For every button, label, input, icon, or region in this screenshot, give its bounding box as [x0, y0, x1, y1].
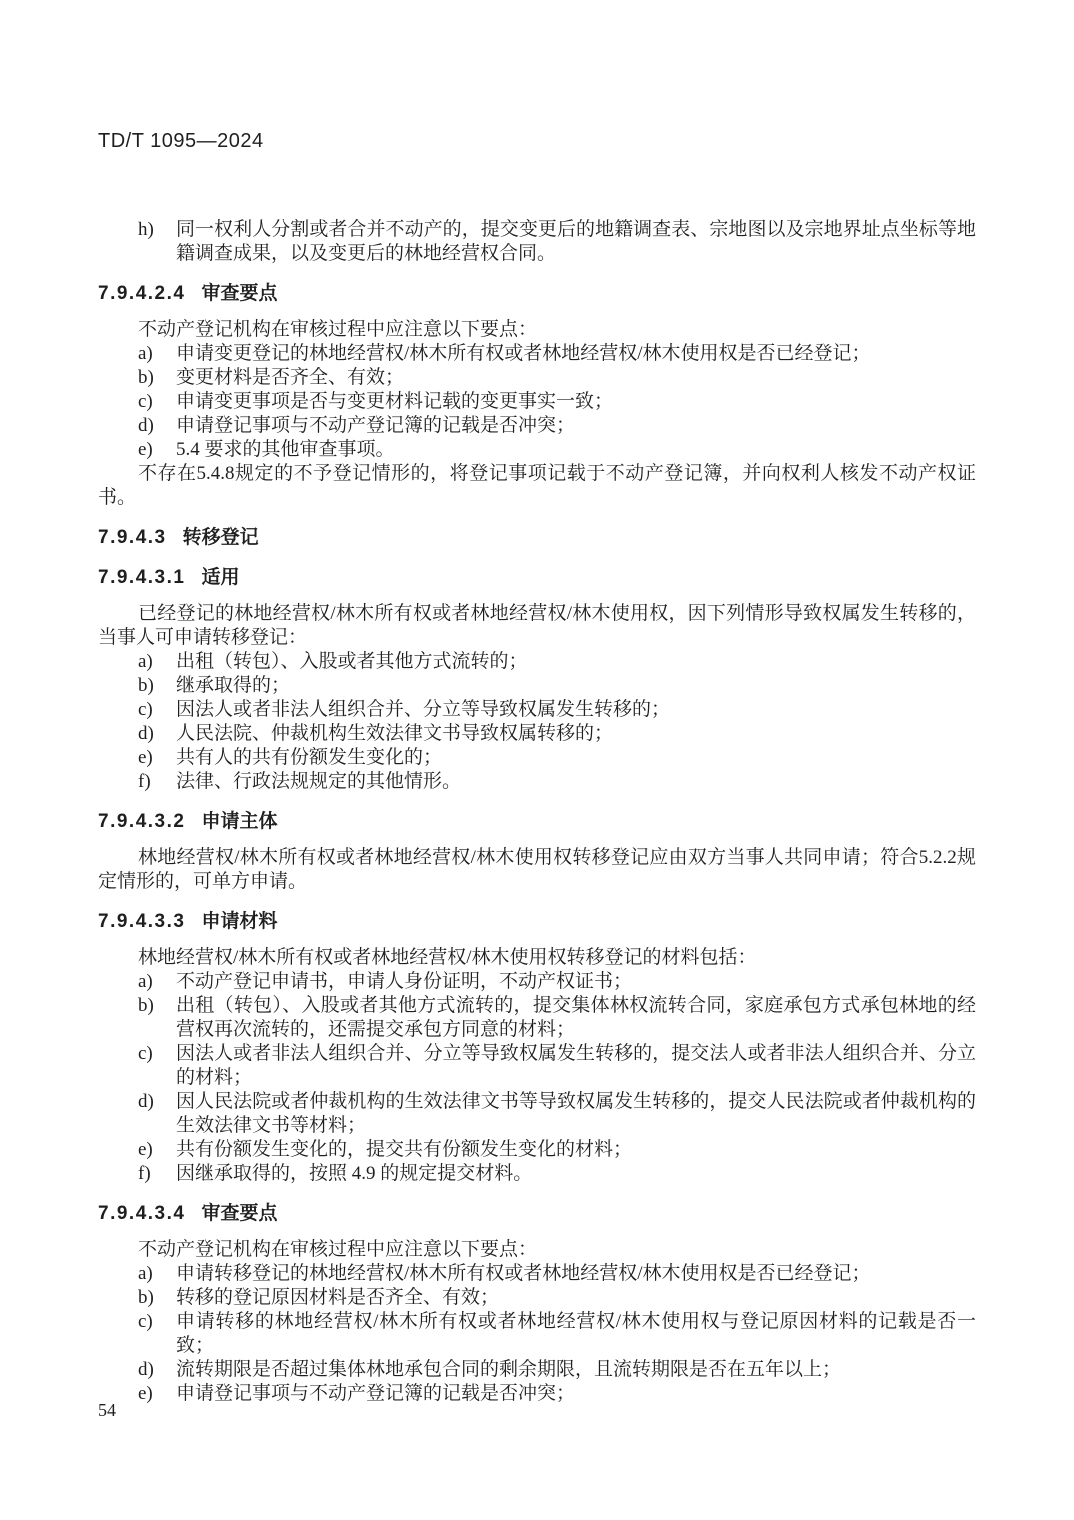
paragraph: 不动产登记机构在审核过程中应注意以下要点：: [98, 1238, 976, 1262]
list-item-marker: d): [138, 722, 154, 746]
list-item: c)申请变更事项是否与变更材料记载的变更事实一致；: [98, 390, 976, 414]
paragraph: 林地经营权/林木所有权或者林地经营权/林木使用权转移登记的材料包括：: [98, 946, 976, 970]
section-heading-title: 适用: [201, 567, 239, 588]
list-item-text: 人民法院、仲裁机构生效法律文书导致权属转移的；: [176, 723, 613, 744]
list-item-marker: b): [138, 366, 154, 390]
list-item-marker: f): [138, 1162, 151, 1186]
list-item: a)申请转移登记的林地经营权/林木所有权或者林地经营权/林木使用权是否已经登记；: [98, 1262, 976, 1286]
section-heading-title: 申请主体: [201, 811, 277, 832]
standard-number-header: TD/T 1095—2024: [98, 130, 264, 153]
paragraph: 不动产登记机构在审核过程中应注意以下要点：: [98, 318, 976, 342]
list-item: c)申请转移的林地经营权/林木所有权或者林地经营权/林木使用权与登记原因材料的记…: [98, 1310, 976, 1358]
list-item-text: 法律、行政法规规定的其他情形。: [176, 771, 461, 792]
list-item: f)因继承取得的，按照 4.9 的规定提交材料。: [98, 1162, 976, 1186]
list-item-text: 出租（转包）、入股或者其他方式流转的；: [176, 651, 528, 672]
list-item: a)不动产登记申请书，申请人身份证明，不动产权证书；: [98, 970, 976, 994]
section-heading: 7.9.4.2.4审查要点: [98, 282, 976, 306]
section-heading: 7.9.4.3转移登记: [98, 526, 976, 550]
list-item-marker: e): [138, 1138, 153, 1162]
section-heading-number: 7.9.4.3.1: [98, 567, 185, 588]
list-item-text: 申请登记事项与不动产登记簿的记载是否冲突；: [176, 1383, 575, 1404]
list-item-text: 不动产登记申请书，申请人身份证明，不动产权证书；: [176, 971, 632, 992]
list-item: f)法律、行政法规规定的其他情形。: [98, 770, 976, 794]
paragraph: 不存在5.4.8规定的不予登记情形的，将登记事项记载于不动产登记簿，并向权利人核…: [98, 462, 976, 510]
section-heading-number: 7.9.4.3.3: [98, 911, 185, 932]
list-item: h)同一权利人分割或者合并不动产的，提交变更后的地籍调查表、宗地图以及宗地界址点…: [98, 218, 976, 266]
paragraph: 已经登记的林地经营权/林木所有权或者林地经营权/林木使用权，因下列情形导致权属发…: [98, 602, 976, 650]
list-item: b)变更材料是否齐全、有效；: [98, 366, 976, 390]
section-heading-title: 审查要点: [201, 1203, 277, 1224]
list-item-text: 转移的登记原因材料是否齐全、有效；: [176, 1287, 499, 1308]
list-item-text: 出租（转包）、入股或者其他方式流转的，提交集体林权流转合同，家庭承包方式承包林地…: [176, 995, 976, 1040]
list-item-text: 5.4 要求的其他审查事项。: [176, 439, 395, 460]
list-item-text: 共有份额发生变化的，提交共有份额发生变化的材料；: [176, 1139, 632, 1160]
list-item: d)因人民法院或者仲裁机构的生效法律文书等导致权属发生转移的，提交人民法院或者仲…: [98, 1090, 976, 1138]
list-item: d)流转期限是否超过集体林地承包合同的剩余期限，且流转期限是否在五年以上；: [98, 1358, 976, 1382]
list-item: d)人民法院、仲裁机构生效法律文书导致权属转移的；: [98, 722, 976, 746]
list-item: b)出租（转包）、入股或者其他方式流转的，提交集体林权流转合同，家庭承包方式承包…: [98, 994, 976, 1042]
list-item-marker: d): [138, 1358, 154, 1382]
list-item-marker: a): [138, 1262, 153, 1286]
section-heading-title: 申请材料: [201, 911, 277, 932]
section-heading-number: 7.9.4.3: [98, 527, 167, 548]
list-item-marker: h): [138, 218, 154, 242]
list-item-marker: b): [138, 674, 154, 698]
list-item-marker: b): [138, 994, 154, 1018]
list-item-marker: c): [138, 1042, 153, 1066]
section-heading-number: 7.9.4.3.2: [98, 811, 185, 832]
section-heading: 7.9.4.3.2申请主体: [98, 810, 976, 834]
section-heading: 7.9.4.3.1适用: [98, 566, 976, 590]
list-item: a)申请变更登记的林地经营权/林木所有权或者林地经营权/林木使用权是否已经登记；: [98, 342, 976, 366]
list-item-text: 因继承取得的，按照 4.9 的规定提交材料。: [176, 1163, 532, 1184]
list-item-text: 共有人的共有份额发生变化的；: [176, 747, 442, 768]
list-item-marker: a): [138, 342, 153, 366]
list-item-text: 变更材料是否齐全、有效；: [176, 367, 404, 388]
list-item-marker: e): [138, 438, 153, 462]
section-heading: 7.9.4.3.3申请材料: [98, 910, 976, 934]
list-item-marker: a): [138, 970, 153, 994]
section-heading-title: 审查要点: [201, 283, 277, 304]
list-item: a)出租（转包）、入股或者其他方式流转的；: [98, 650, 976, 674]
list-item-marker: b): [138, 1286, 154, 1310]
list-item-text: 继承取得的；: [176, 675, 290, 696]
list-item: e)共有份额发生变化的，提交共有份额发生变化的材料；: [98, 1138, 976, 1162]
list-item: c)因法人或者非法人组织合并、分立等导致权属发生转移的，提交法人或者非法人组织合…: [98, 1042, 976, 1090]
section-heading-number: 7.9.4.2.4: [98, 283, 185, 304]
document-page: TD/T 1095—2024 h)同一权利人分割或者合并不动产的，提交变更后的地…: [0, 0, 1074, 1520]
list-item-marker: c): [138, 1310, 153, 1334]
list-item-text: 申请转移的林地经营权/林木所有权或者林地经营权/林木使用权与登记原因材料的记载是…: [176, 1311, 976, 1356]
list-item: e)5.4 要求的其他审查事项。: [98, 438, 976, 462]
list-item-text: 因法人或者非法人组织合并、分立等导致权属发生转移的；: [176, 699, 670, 720]
section-heading: 7.9.4.3.4审查要点: [98, 1202, 976, 1226]
list-item-marker: e): [138, 1382, 153, 1406]
list-item: b)转移的登记原因材料是否齐全、有效；: [98, 1286, 976, 1310]
list-item-text: 因法人或者非法人组织合并、分立等导致权属发生转移的，提交法人或者非法人组织合并、…: [176, 1043, 976, 1088]
list-item-marker: c): [138, 390, 153, 414]
list-item: e)共有人的共有份额发生变化的；: [98, 746, 976, 770]
list-item-marker: c): [138, 698, 153, 722]
list-item-marker: d): [138, 414, 154, 438]
paragraph: 林地经营权/林木所有权或者林地经营权/林木使用权转移登记应由双方当事人共同申请；…: [98, 846, 976, 894]
list-item: d)申请登记事项与不动产登记簿的记载是否冲突；: [98, 414, 976, 438]
list-item-marker: e): [138, 746, 153, 770]
list-item-marker: a): [138, 650, 153, 674]
list-item-text: 申请转移登记的林地经营权/林木所有权或者林地经营权/林木使用权是否已经登记；: [176, 1263, 871, 1284]
document-body: h)同一权利人分割或者合并不动产的，提交变更后的地籍调查表、宗地图以及宗地界址点…: [98, 218, 976, 1406]
list-item: c)因法人或者非法人组织合并、分立等导致权属发生转移的；: [98, 698, 976, 722]
page-number: 54: [98, 1400, 116, 1421]
list-item-marker: d): [138, 1090, 154, 1114]
list-item-text: 因人民法院或者仲裁机构的生效法律文书等导致权属发生转移的，提交人民法院或者仲裁机…: [176, 1091, 976, 1136]
list-item: e)申请登记事项与不动产登记簿的记载是否冲突；: [98, 1382, 976, 1406]
list-item-text: 申请变更登记的林地经营权/林木所有权或者林地经营权/林木使用权是否已经登记；: [176, 343, 871, 364]
list-item-text: 申请登记事项与不动产登记簿的记载是否冲突；: [176, 415, 575, 436]
list-item-marker: f): [138, 770, 151, 794]
section-heading-title: 转移登记: [183, 527, 259, 548]
section-heading-number: 7.9.4.3.4: [98, 1203, 185, 1224]
list-item-text: 流转期限是否超过集体林地承包合同的剩余期限，且流转期限是否在五年以上；: [176, 1359, 841, 1380]
list-item: b)继承取得的；: [98, 674, 976, 698]
list-item-text: 申请变更事项是否与变更材料记载的变更事实一致；: [176, 391, 613, 412]
list-item-text: 同一权利人分割或者合并不动产的，提交变更后的地籍调查表、宗地图以及宗地界址点坐标…: [176, 219, 976, 264]
